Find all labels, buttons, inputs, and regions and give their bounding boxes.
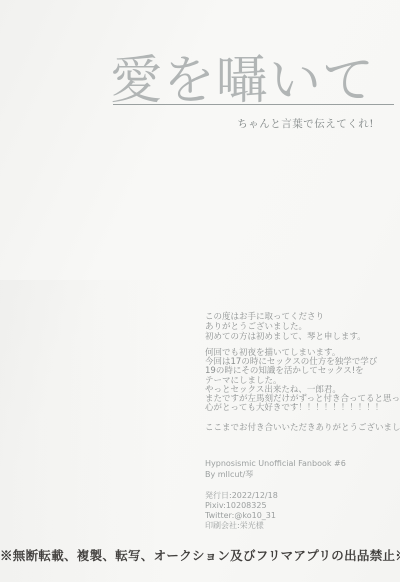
page-title: 愛を囁いて xyxy=(110,38,375,113)
colophon-pixiv-id: Pixiv:10208325 xyxy=(205,501,346,511)
colophon-twitter-handle: Twitter:@ko10_31 xyxy=(205,511,346,521)
afterword-line: ここまでお付き合いいただきありがとうございました! xyxy=(205,424,400,433)
afterword-line: ありがとうございました。 xyxy=(205,322,400,332)
afterword-paragraph-theme: 何回でも初夜を描いてしまいます。 今回は17の時にセックスの仕方を独学で学び 1… xyxy=(205,349,400,413)
afterword-line: 初めての方は初めまして、琴と申します。 xyxy=(205,332,400,342)
title-underline-rule xyxy=(113,104,394,105)
colophon-printer: 印刷会社:栄光様 xyxy=(205,521,346,531)
reproduction-prohibited-notice: ※無断転載、複製、転写、オークション及びフリマアプリの出品禁止※ xyxy=(0,546,400,564)
colophon-publication-info: 発行日:2022/12/18 Pixiv:10208325 Twitter:@k… xyxy=(205,491,346,531)
afterword-paragraph-thanks: ここまでお付き合いいただきありがとうございました! xyxy=(205,424,400,433)
colophon-book-title: Hypnosismic Unofficial Fanbook #6 xyxy=(205,459,346,470)
afterword-line: この度はお手に取ってくださり xyxy=(205,312,400,322)
afterword-line: 心がとっても大好きです！！！！！！！！！！ xyxy=(205,404,400,413)
colophon-book-info: Hypnosismic Unofficial Fanbook #6 By mll… xyxy=(205,459,346,480)
colophon-publish-date: 発行日:2022/12/18 xyxy=(205,491,346,501)
afterword-paragraph-greeting: この度はお手に取ってくださり ありがとうございました。 初めての方は初めまして、… xyxy=(205,312,400,342)
colophon-author: By mllcut/琴 xyxy=(205,470,346,481)
page-subtitle: ちゃんと言葉で伝えてくれ! xyxy=(0,116,374,131)
colophon: Hypnosismic Unofficial Fanbook #6 By mll… xyxy=(205,459,346,531)
scan-shading-artifact xyxy=(0,280,170,582)
scanned-doujinshi-afterword-page: 愛を囁いて ちゃんと言葉で伝えてくれ! この度はお手に取ってくださり ありがとう… xyxy=(0,0,400,582)
afterword-text: この度はお手に取ってくださり ありがとうございました。 初めての方は初めまして、… xyxy=(205,312,400,433)
